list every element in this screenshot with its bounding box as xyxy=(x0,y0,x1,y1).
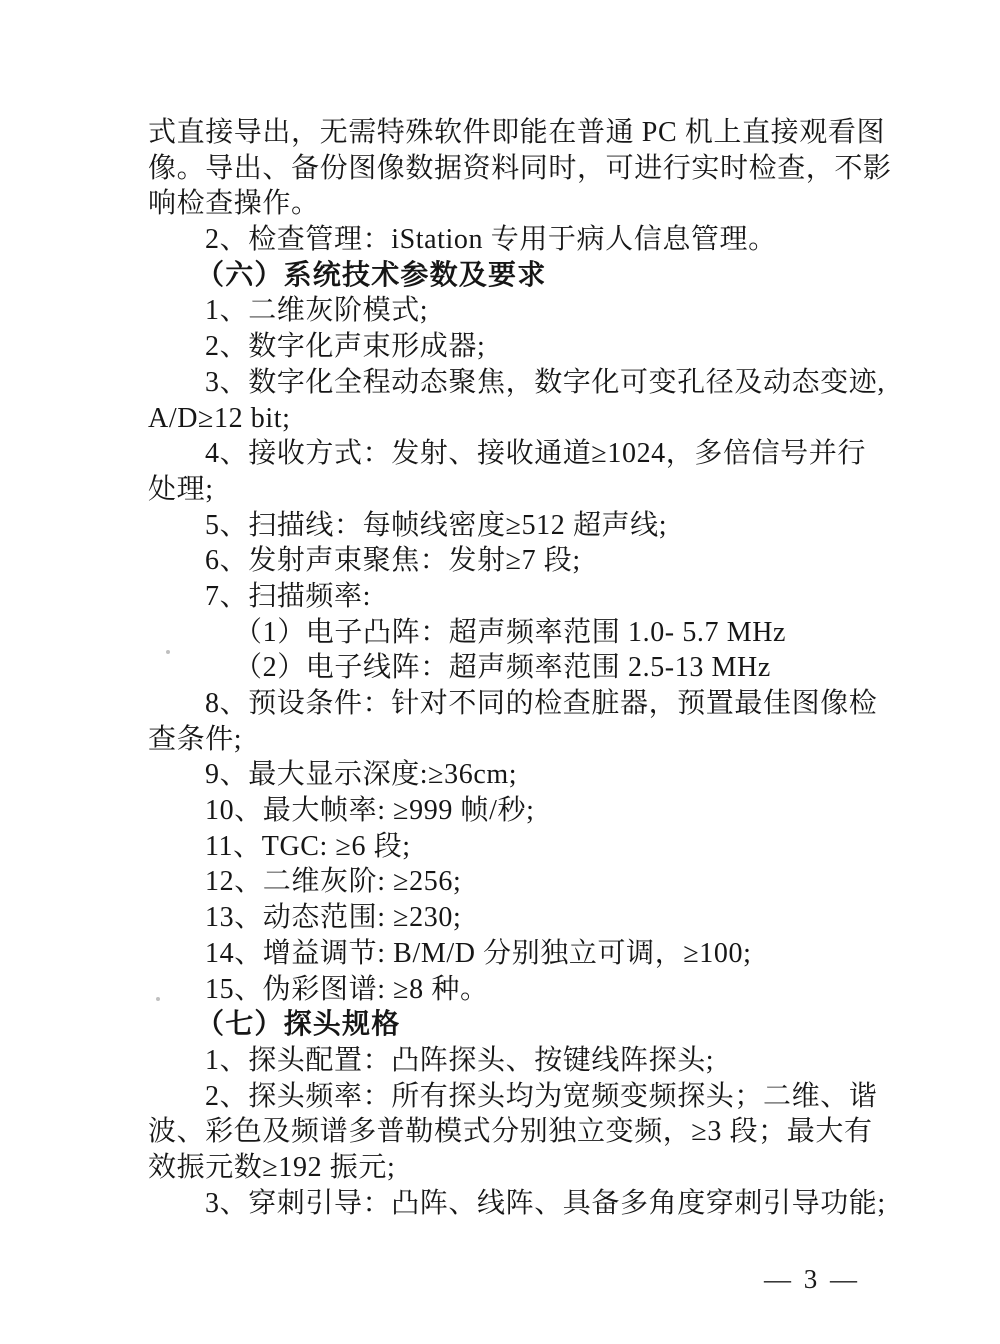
text-line: 处理; xyxy=(148,472,890,508)
scan-speck xyxy=(166,650,170,654)
text-line: 12、二维灰阶: ≥256; xyxy=(148,864,890,900)
section-heading: （六）系统技术参数及要求 xyxy=(148,258,890,294)
text-line: 3、数字化全程动态聚焦，数字化可变孔径及动态变迹, xyxy=(148,365,890,401)
text-line: 5、扫描线：每帧线密度≥512 超声线; xyxy=(148,508,890,544)
text-line: 15、伪彩图谱: ≥8 种。 xyxy=(148,972,890,1008)
scan-speck xyxy=(156,997,160,1001)
text-line: （2）电子线阵：超声频率范围 2.5-13 MHz xyxy=(148,650,890,686)
document-page: 式直接导出，无需特殊软件即能在普通 PC 机上直接观看图像。导出、备份图像数据资… xyxy=(0,0,1000,1344)
text-line: 8、预设条件：针对不同的检查脏器，预置最佳图像检 xyxy=(148,686,890,722)
text-line: 14、增益调节: B/M/D 分别独立可调，≥100; xyxy=(148,936,890,972)
text-line: 11、TGC: ≥6 段; xyxy=(148,829,890,865)
text-line: 2、探头频率：所有探头均为宽频变频探头；二维、谐 xyxy=(148,1079,890,1115)
page-number: — 3 — xyxy=(764,1264,860,1295)
text-line: 6、发射声束聚焦：发射≥7 段; xyxy=(148,543,890,579)
text-line: A/D≥12 bit; xyxy=(148,401,890,437)
text-line: 2、数字化声束形成器; xyxy=(148,329,890,365)
text-line: 7、扫描频率: xyxy=(148,579,890,615)
document-body: 式直接导出，无需特殊软件即能在普通 PC 机上直接观看图像。导出、备份图像数据资… xyxy=(148,115,890,1221)
text-line: 10、最大帧率: ≥999 帧/秒; xyxy=(148,793,890,829)
text-line: 查条件; xyxy=(148,722,890,758)
text-line: 4、接收方式：发射、接收通道≥1024，多倍信号并行 xyxy=(148,436,890,472)
text-line: （1）电子凸阵：超声频率范围 1.0- 5.7 MHz xyxy=(148,615,890,651)
text-line: 3、穿刺引导：凸阵、线阵、具备多角度穿刺引导功能; xyxy=(148,1186,890,1222)
text-line: 1、二维灰阶模式; xyxy=(148,293,890,329)
text-line: 13、动态范围: ≥230; xyxy=(148,900,890,936)
text-line: 9、最大显示深度:≥36cm; xyxy=(148,757,890,793)
text-line: 式直接导出，无需特殊软件即能在普通 PC 机上直接观看图 xyxy=(148,115,890,151)
text-line: 响检查操作。 xyxy=(148,186,890,222)
text-line: 2、检查管理：iStation 专用于病人信息管理。 xyxy=(148,222,890,258)
text-line: 波、彩色及频谱多普勒模式分别独立变频，≥3 段；最大有 xyxy=(148,1114,890,1150)
text-line: 像。导出、备份图像数据资料同时，可进行实时检查，不影 xyxy=(148,151,890,187)
section-heading: （七）探头规格 xyxy=(148,1007,890,1043)
text-line: 1、探头配置：凸阵探头、按键线阵探头; xyxy=(148,1043,890,1079)
text-line: 效振元数≥192 振元; xyxy=(148,1150,890,1186)
